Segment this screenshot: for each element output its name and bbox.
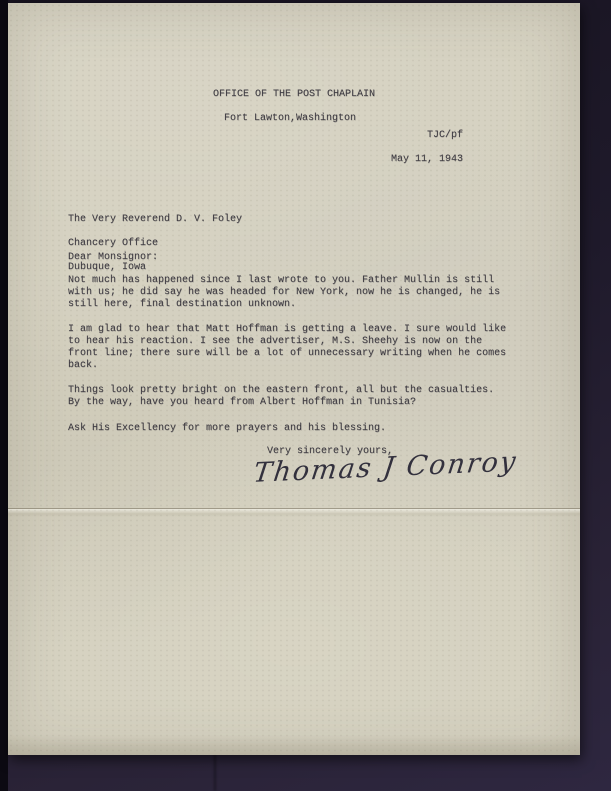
scanned-letter-photo: OFFICE OF THE POST CHAPLAIN Fort Lawton,… — [0, 0, 611, 791]
recipient-name: The Very Reverend D. V. Foley — [68, 214, 242, 226]
paper-fold-crease — [8, 508, 580, 517]
body-paragraph-4: Ask His Excellency for more prayers and … — [68, 423, 386, 435]
reference-initials: TJC/pf — [391, 130, 463, 142]
letter-date: May 11, 1943 — [391, 154, 463, 166]
letterhead: OFFICE OF THE POST CHAPLAIN Fort Lawton,… — [213, 77, 375, 137]
letter-page: OFFICE OF THE POST CHAPLAIN Fort Lawton,… — [8, 3, 580, 755]
recipient-office: Chancery Office — [68, 238, 242, 250]
salutation: Dear Monsignor: — [68, 252, 158, 264]
scan-left-border — [0, 0, 8, 791]
body-paragraph-3: Things look pretty bright on the eastern… — [68, 385, 494, 409]
letterhead-office-line: OFFICE OF THE POST CHAPLAIN — [213, 89, 375, 101]
body-paragraph-2: I am glad to hear that Matt Hoffman is g… — [68, 324, 506, 372]
paper-bottom-shading — [8, 735, 580, 755]
reference-date-block: TJC/pf May 11, 1943 — [391, 118, 463, 178]
body-paragraph-1: Not much has happened since I last wrote… — [68, 275, 500, 311]
recipient-address-block: The Very Reverend D. V. Foley Chancery O… — [68, 202, 242, 286]
letterhead-location-line: Fort Lawton,Washington — [224, 113, 375, 125]
backdrop-crease — [214, 750, 216, 791]
